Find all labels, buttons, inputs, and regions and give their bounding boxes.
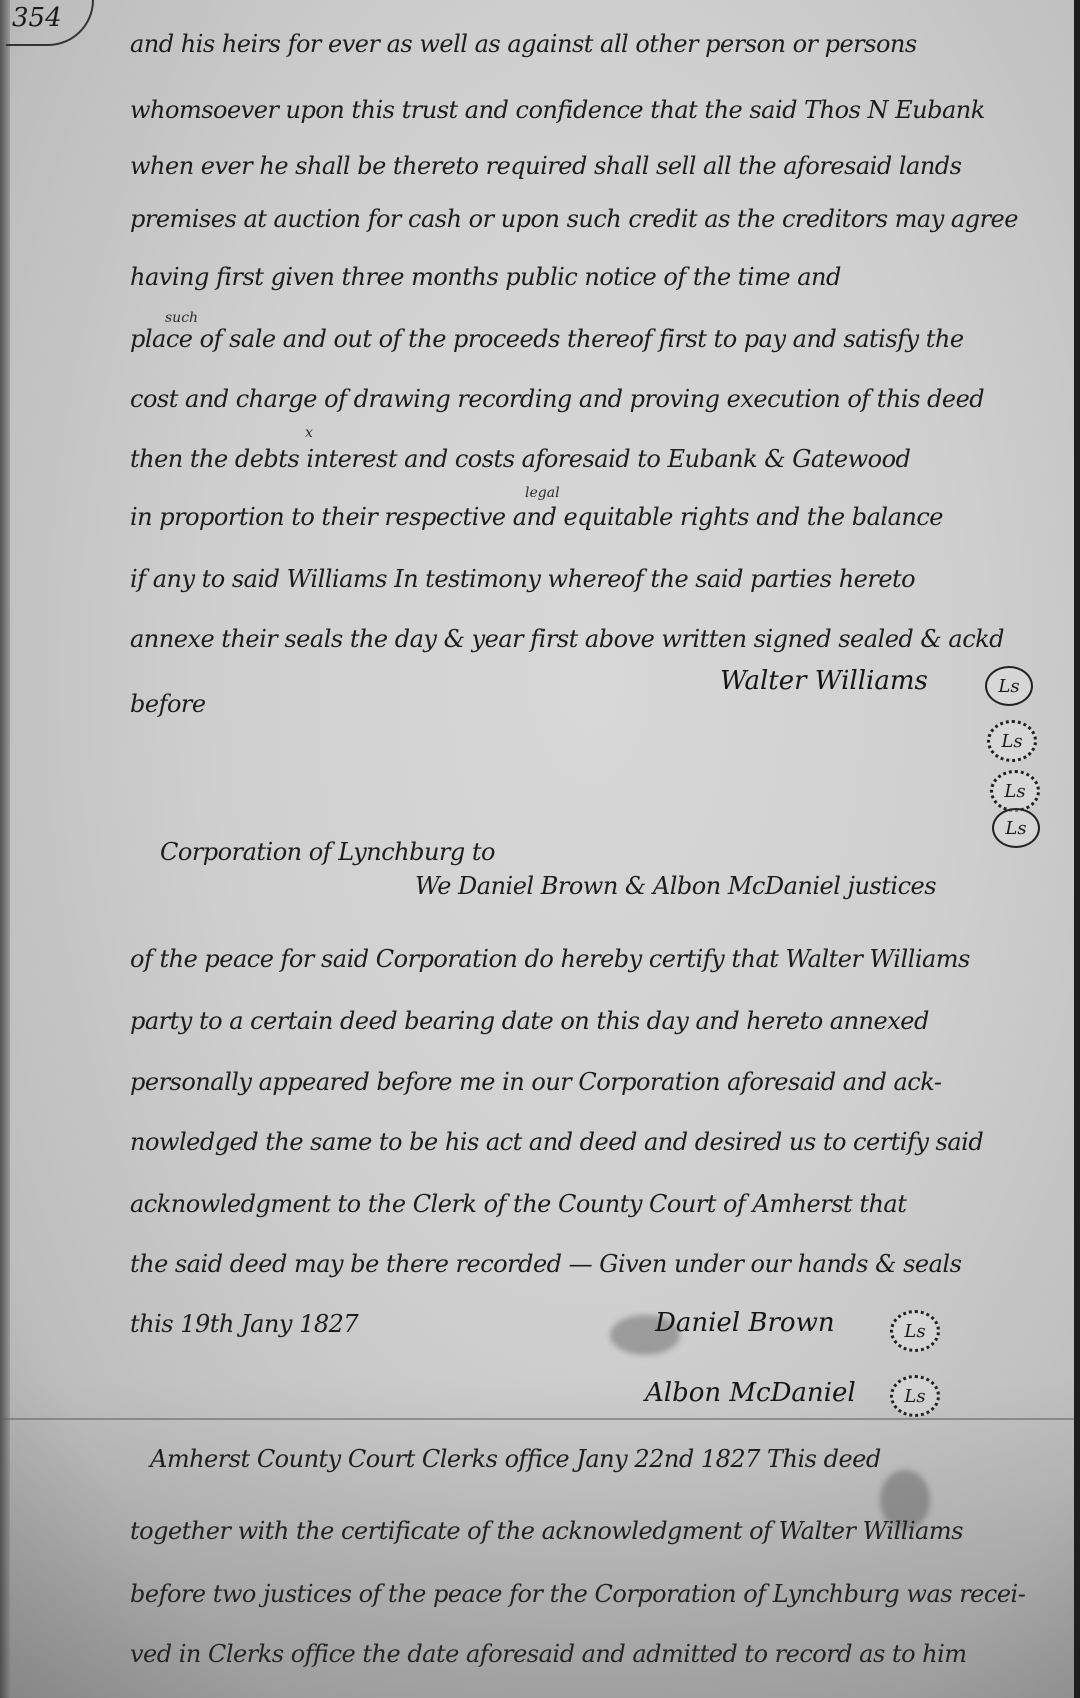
deed-line-8: then the debts interest and costs afores… — [130, 445, 910, 473]
deed-line-11: annexe their seals the day & year first … — [130, 625, 1004, 653]
certificate-line-6: the said deed may be there recorded — Gi… — [130, 1250, 961, 1278]
interlinear-such: such — [165, 310, 198, 326]
certificate-line-2: party to a certain deed bearing date on … — [130, 1007, 929, 1035]
deed-line-2: whomsoever upon this trust and confidenc… — [130, 96, 985, 124]
seal-4: Ls — [992, 808, 1040, 848]
deed-line-4: premises at auction for cash or upon suc… — [130, 205, 1018, 233]
certificate-heading: Corporation of Lynchburg to — [160, 838, 495, 866]
certificate-line-4: nowledged the same to be his act and dee… — [130, 1128, 983, 1156]
seal-2: Ls — [987, 720, 1037, 762]
interlinear-x-mark: x — [305, 425, 313, 441]
deed-line-12: before — [130, 690, 206, 718]
deed-line-9: in proportion to their respective and eq… — [130, 503, 943, 531]
deed-line-3: when ever he shall be thereto required s… — [130, 152, 961, 180]
seal-1: Ls — [985, 666, 1033, 706]
seal-albon-mcdaniel: Ls — [890, 1375, 940, 1417]
deed-line-7: cost and charge of drawing recording and… — [130, 385, 984, 413]
certificate-line-5: acknowledgment to the Clerk of the Count… — [130, 1190, 906, 1218]
document-page: 354 and his heirs for ever as well as ag… — [0, 0, 1074, 1698]
seal-daniel-brown: Ls — [890, 1310, 940, 1352]
clerk-line-3: before two justices of the peace for the… — [130, 1580, 1025, 1608]
signature-daniel-brown: Daniel Brown — [655, 1308, 835, 1338]
horizontal-rule — [0, 1418, 1074, 1420]
certificate-date: this 19th Jany 1827 — [130, 1310, 358, 1338]
deed-line-5: having first given three months public n… — [130, 263, 841, 291]
seal-3: Ls — [990, 770, 1040, 812]
interlinear-legal: legal — [525, 485, 560, 501]
scan-border — [1074, 0, 1080, 1698]
clerk-line-2: together with the certificate of the ack… — [130, 1517, 963, 1545]
page-number: 354 — [6, 0, 94, 46]
deed-line-10: if any to said Williams In testimony whe… — [130, 565, 915, 593]
clerk-line-4: ved in Clerks office the date aforesaid … — [130, 1640, 967, 1668]
certificate-addressee: We Daniel Brown & Albon McDaniel justice… — [415, 872, 936, 900]
deed-line-6: place of sale and out of the proceeds th… — [130, 325, 964, 353]
signature-walter-williams: Walter Williams — [720, 666, 928, 696]
certificate-line-3: personally appeared before me in our Cor… — [130, 1068, 941, 1096]
certificate-line-1: of the peace for said Corporation do her… — [130, 945, 970, 973]
clerk-line-1: Amherst County Court Clerks office Jany … — [150, 1445, 881, 1473]
signature-albon-mcdaniel: Albon McDaniel — [645, 1378, 856, 1408]
deed-line-1: and his heirs for ever as well as agains… — [130, 30, 917, 58]
